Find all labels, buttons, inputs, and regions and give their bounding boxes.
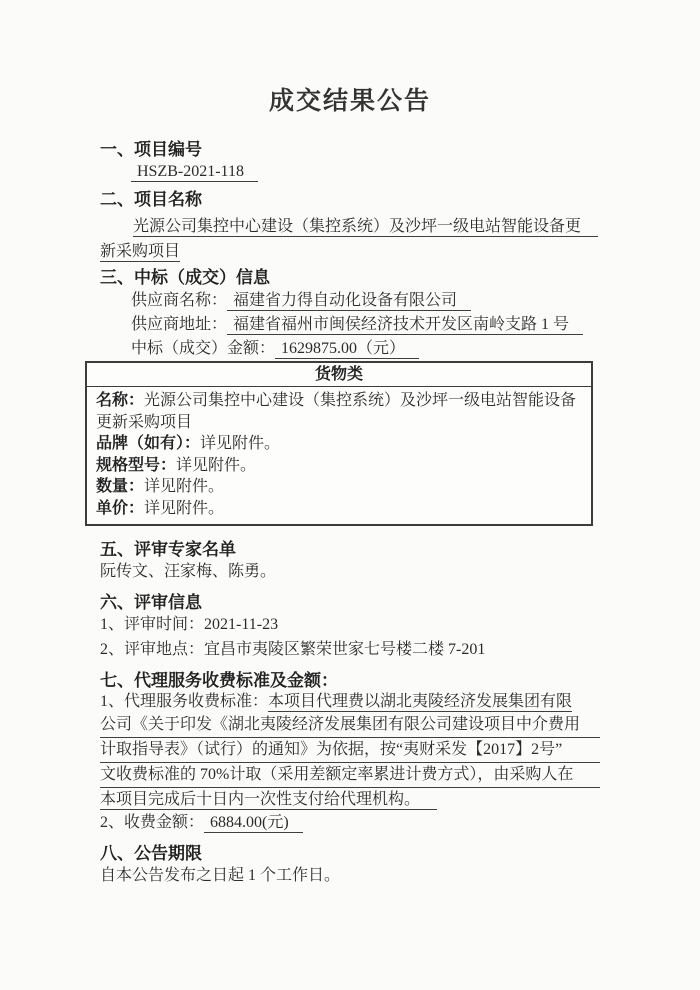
goods-price-value: 详见附件。 [144,500,224,517]
goods-table: 货物类 名称：光源公司集控中心建设（集控系统）及沙坪一级电站智能设备更新采购项目… [85,361,593,526]
fee-standard-text-3: 计取指导表》（试行）的通知》为依据，按“夷财采发【2017】2号” [100,738,600,763]
project-code: HSZB-2021-118 [131,163,258,182]
fee-standard-text-2: 公司《关于印发《湖北夷陵经济发展集团有限公司建设项目中介费用 [100,713,600,738]
award-info-block: 供应商名称：福建省力得自动化设备有限公司 供应商地址：福建省福州市闽侯经济技术开… [100,289,600,361]
goods-brand-label: 品牌（如有）： [96,435,200,452]
goods-name-value: 光源公司集控中心建设（集控系统）及沙坪一级电站智能设备更新采购项目 [96,392,576,431]
fee-standard-text-1: 本项目代理费以湖北夷陵经济发展集团有限 [268,693,572,712]
expert-names: 阮传文、汪家梅、陈勇。 [100,559,600,584]
section6-heading: 六、评审信息 [100,593,600,612]
fee-amount-value: 6884.00(元) [204,814,303,833]
award-amount-value: 1629875.00（元） [275,340,419,359]
goods-row-quantity: 数量：详见附件。 [96,476,582,498]
fee-standard-text-4: 文收费标准的 70%计取（采用差额定率累进计费方式），由采购人在 [100,763,600,788]
section7-heading: 七、代理服务收费标准及金额： [100,671,600,690]
goods-row-price: 单价：详见附件。 [96,498,582,520]
goods-table-header: 货物类 [87,363,591,387]
supplier-address-row: 供应商地址：福建省福州市闽侯经济技术开发区南岭支路 1 号 [131,313,600,337]
section8-heading: 八、公告期限 [100,844,600,863]
goods-brand-value: 详见附件。 [200,435,280,452]
goods-spec-value: 详见附件。 [176,457,256,474]
fee-standard-line5: 本项目完成后十日内一次性支付给代理机构。 [100,788,600,811]
project-name-text-1: 光源公司集控中心建设（集控系统）及沙坪一级电站智能设备更 [133,218,598,237]
fee-standard-line4: 文收费标准的 70%计取（采用差额定率累进计费方式），由采购人在 [100,763,600,788]
supplier-name-label: 供应商名称： [131,292,227,309]
goods-row-name: 名称：光源公司集控中心建设（集控系统）及沙坪一级电站智能设备更新采购项目 [96,390,582,433]
fee-amount-label: 2、收费金额： [100,814,204,831]
announcement-period: 自本公告发布之日起 1 个工作日。 [100,863,600,888]
supplier-name-value: 福建省力得自动化设备有限公司 [227,292,471,311]
goods-row-spec: 规格型号：详见附件。 [96,455,582,477]
fee-standard-text-5: 本项目完成后十日内一次性支付给代理机构。 [100,791,437,810]
section3-heading: 三、中标（成交）信息 [100,268,600,287]
project-name-line2: 新采购项目 [100,239,600,264]
document-title: 成交结果公告 [100,87,600,117]
goods-quantity-value: 详见附件。 [144,478,224,495]
review-time: 1、评审时间：2021-11-23 [100,612,600,637]
goods-row-brand: 品牌（如有）：详见附件。 [96,433,582,455]
goods-name-label: 名称： [96,392,144,409]
project-code-line: HSZB-2021-118 [131,159,600,184]
goods-quantity-label: 数量： [96,478,144,495]
fee-amount-row: 2、收费金额：6884.00(元) [100,811,600,834]
supplier-name-row: 供应商名称：福建省力得自动化设备有限公司 [131,289,600,313]
section5-heading: 五、评审专家名单 [100,540,600,559]
announcement-document: 成交结果公告 一、项目编号 HSZB-2021-118 二、项目名称 光源公司集… [0,0,700,990]
award-amount-label: 中标（成交）金额： [131,340,275,357]
fee-standard-line3: 计取指导表》（试行）的通知》为依据，按“夷财采发【2017】2号” [100,738,600,763]
project-name-text-2: 新采购项目 [100,243,180,262]
review-location: 2、评审地点：宜昌市夷陵区繁荣世家七号楼二楼 7-201 [100,637,600,662]
goods-table-body: 名称：光源公司集控中心建设（集控系统）及沙坪一级电站智能设备更新采购项目 品牌（… [87,387,591,524]
section2-heading: 二、项目名称 [100,190,600,209]
goods-price-label: 单价： [96,500,144,517]
fee-standard-label: 1、代理服务收费标准： [100,693,268,710]
section1-heading: 一、项目编号 [100,140,600,159]
supplier-address-value: 福建省福州市闽侯经济技术开发区南岭支路 1 号 [227,316,583,335]
award-amount-row: 中标（成交）金额：1629875.00（元） [131,337,600,361]
project-name-line1: 光源公司集控中心建设（集控系统）及沙坪一级电站智能设备更 [100,214,600,239]
fee-standard-line2: 公司《关于印发《湖北夷陵经济发展集团有限公司建设项目中介费用 [100,713,600,738]
supplier-address-label: 供应商地址： [131,316,227,333]
fee-standard-line1: 1、代理服务收费标准：本项目代理费以湖北夷陵经济发展集团有限 [100,690,600,713]
goods-spec-label: 规格型号： [96,457,176,474]
